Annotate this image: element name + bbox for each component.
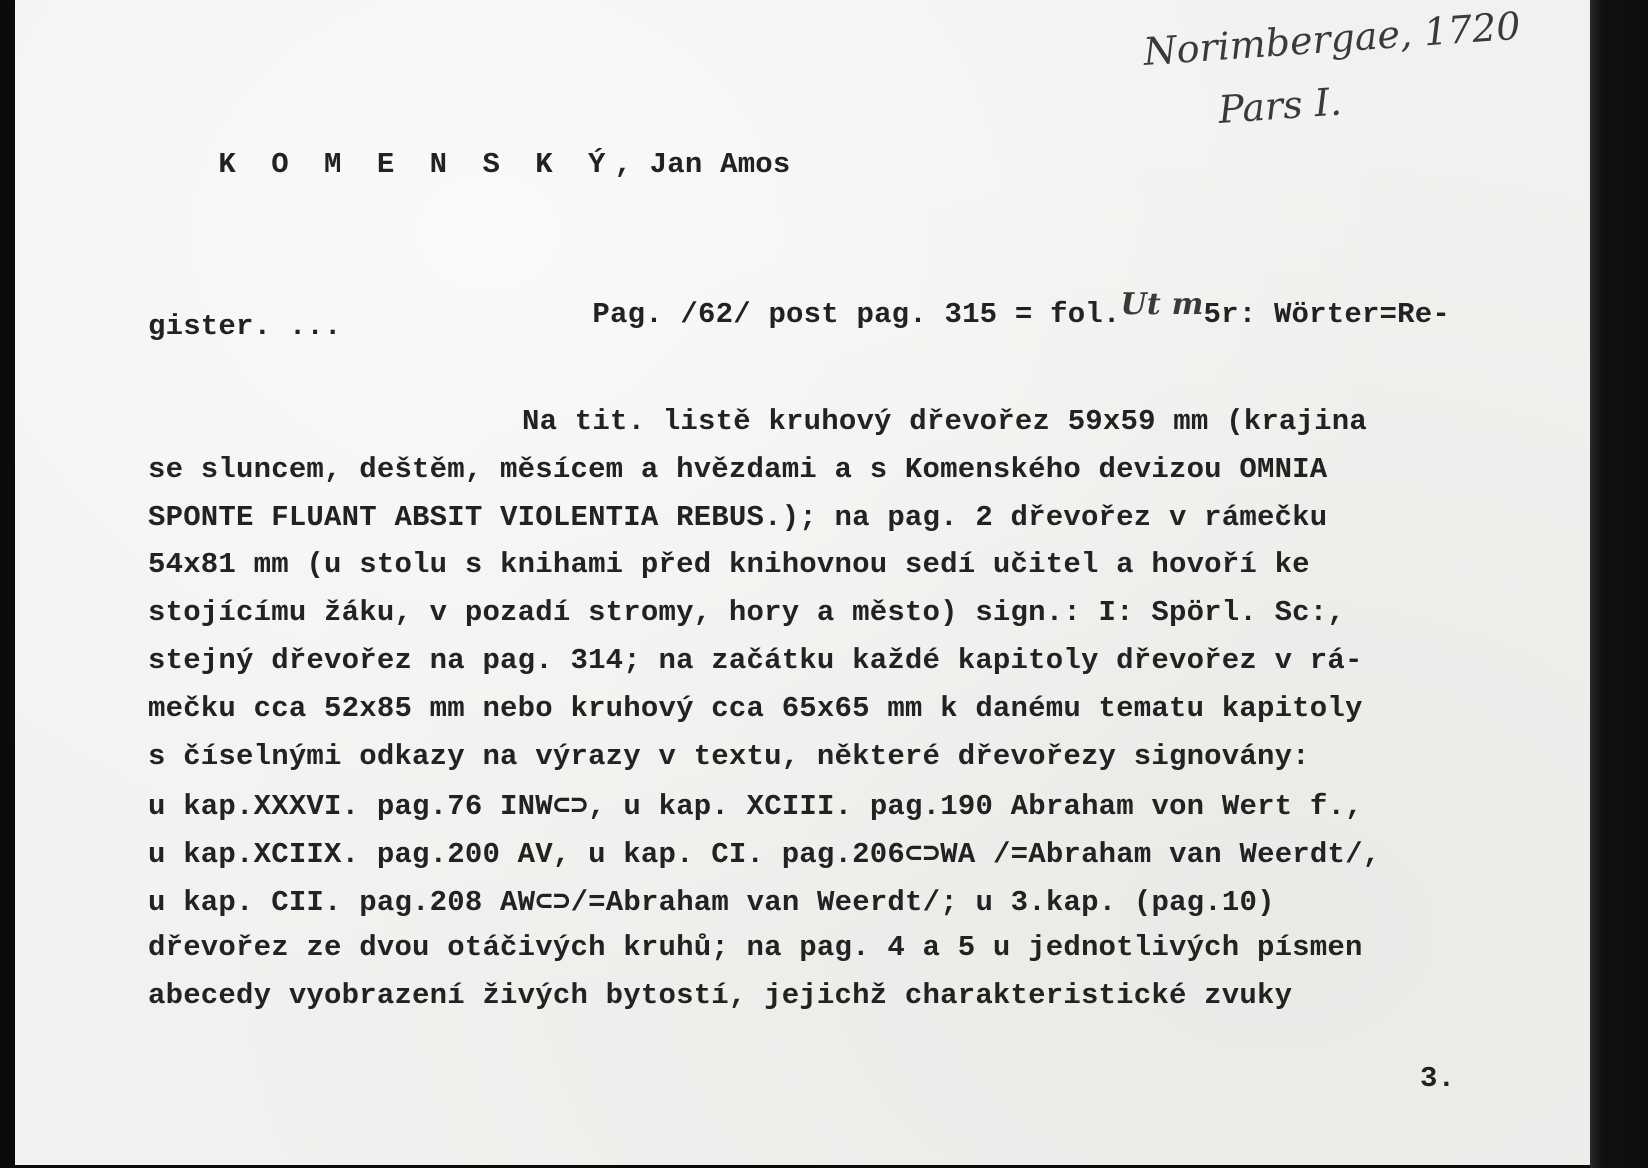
description-line: mečku cca 52x85 mm nebo kruhový cca 65x6…: [148, 692, 1363, 725]
description-line: Na tit. listě kruhový dřevořez 59x59 mm …: [522, 405, 1367, 438]
description-line: se sluncem, deštěm, měsícem a hvězdami a…: [148, 453, 1327, 486]
description-line: stojícímu žáku, v pozadí stromy, hory a …: [148, 596, 1345, 629]
description-line: abecedy vyobrazení živých bytostí, jejic…: [148, 979, 1292, 1012]
pagination-line-2: gister. ...: [148, 310, 342, 343]
handwritten-part: Pars I.: [1217, 80, 1343, 132]
handwritten-imprint: Norimbergae, 1720: [1142, 4, 1522, 74]
description-line: u kap.XCIIX. pag.200 AV, u kap. CI. pag.…: [148, 835, 1380, 871]
description-line: stejný dřevořez na pag. 314; na začátku …: [148, 644, 1363, 677]
handwritten-folio-insert: Ut m: [1121, 287, 1204, 322]
pagination-text: Pag. /62/ post pag. 315 = fol.: [592, 298, 1120, 331]
description-line: dřevořez ze dvou otáčivých kruhů; na pag…: [148, 931, 1363, 964]
description-line: u kap.XXXVI. pag.76 INW⊂⊃, u kap. XCIII.…: [148, 787, 1363, 823]
description-line: s číselnými odkazy na výrazy v textu, ně…: [148, 740, 1310, 773]
card-heading: K O M E N S K Ý, Jan Amos: [148, 115, 791, 214]
scan-border: [1590, 0, 1648, 1168]
description-line: SPONTE FLUANT ABSIT VIOLENTIA REBUS.); n…: [148, 501, 1327, 534]
description-line: u kap. CII. pag.208 AW⊂⊃/=Abraham van We…: [148, 883, 1275, 919]
pagination-text-end: 5r: Wörter=Re-: [1204, 298, 1450, 331]
author-surname: K O M E N S K Ý: [218, 148, 614, 181]
card-number: 3.: [1420, 1062, 1455, 1095]
catalogue-card: K O M E N S K Ý, Jan Amos Norimbergae, 1…: [15, 0, 1590, 1165]
author-given-names: , Jan Amos: [614, 148, 790, 181]
pagination-line: Pag. /62/ post pag. 315 = fol.Ut m5r: Wö…: [522, 262, 1450, 364]
description-line: 54x81 mm (u stolu s knihami před knihovn…: [148, 548, 1310, 581]
